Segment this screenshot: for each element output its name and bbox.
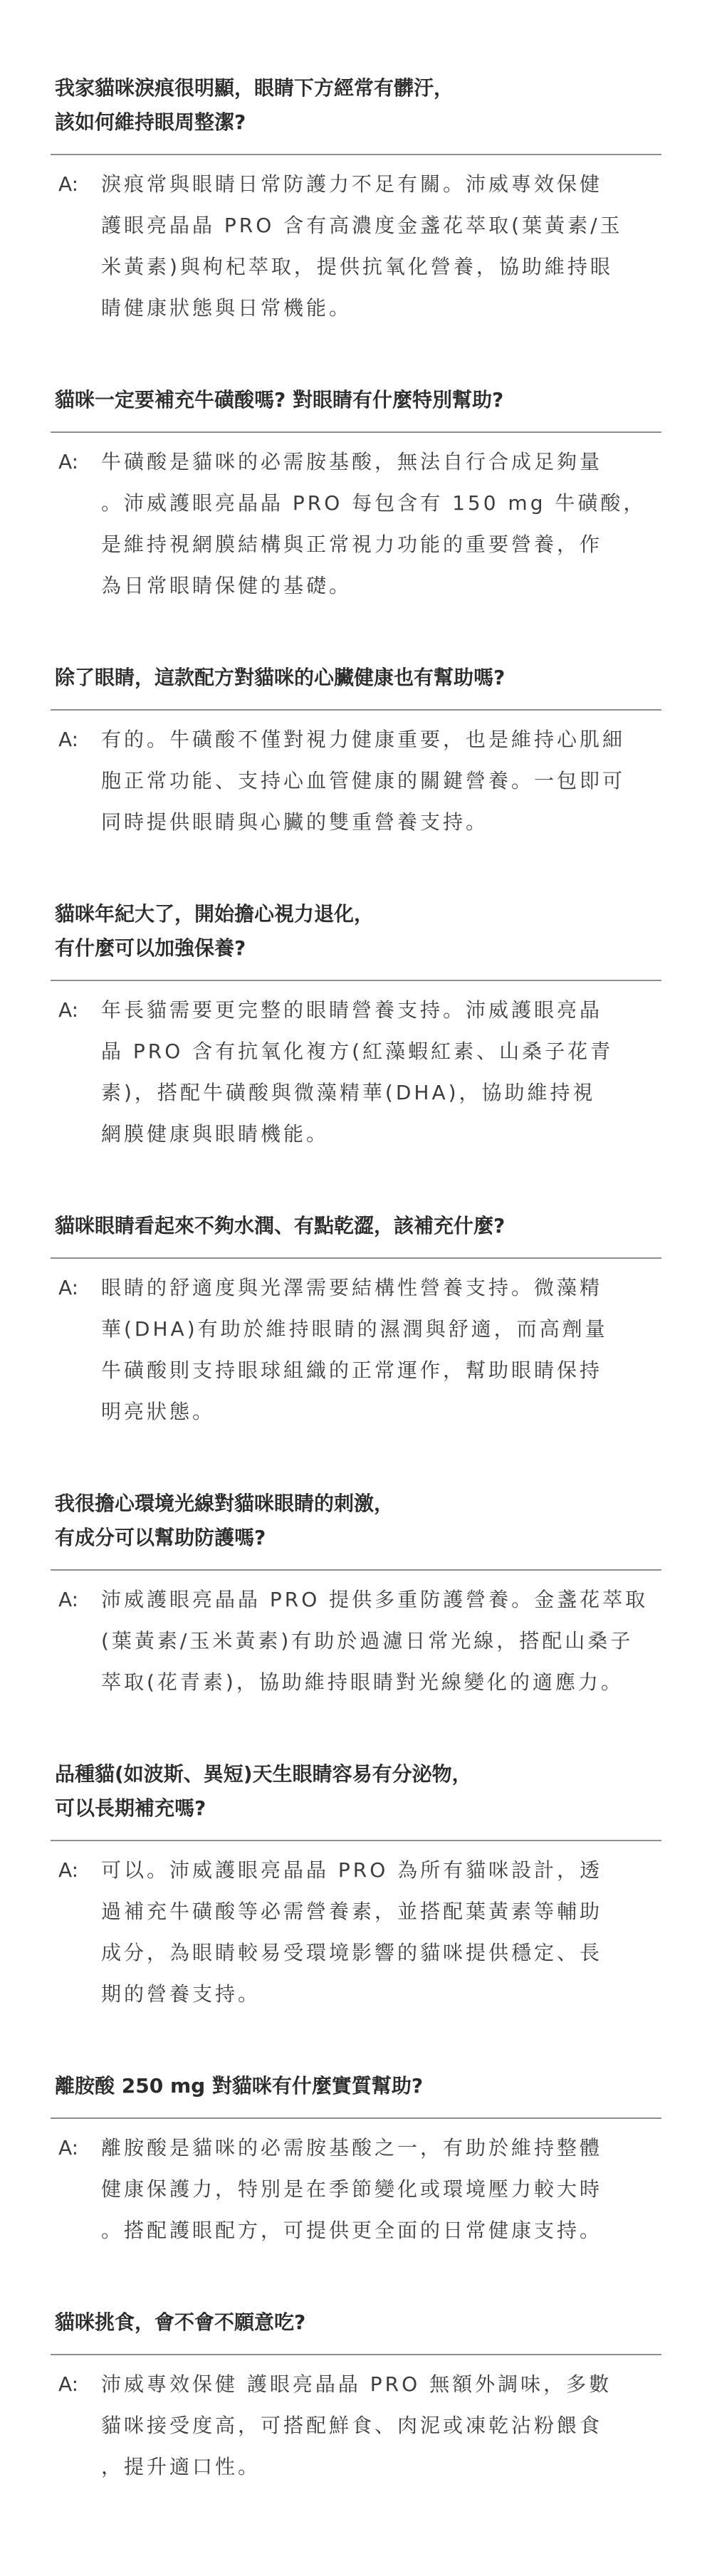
faq-question: 貓咪年紀大了，開始擔心視力退化， 有什麼可以加強保養? [0, 897, 712, 965]
answer-line: 牛磺酸則支持眼球組織的正常運作，幫助眼睛保持 [101, 1350, 712, 1391]
answer-line: 護眼亮晶晶 PRO 含有高濃度金盞花萃取(葉黃素/玉 [101, 205, 712, 246]
faq-item: 除了眼睛，這款配方對貓咪的心臟健康也有幫助嗎? A: 有的。牛磺酸不僅對視力健康… [0, 661, 712, 843]
answer-line: 牛磺酸是貓咪的必需胺基酸，無法自行合成足夠量 [101, 441, 712, 483]
answer-line: 淚痕常與眼睛日常防護力不足有關。沛威專效保健 [101, 164, 712, 205]
faq-item: 貓咪挑食，會不會不願意吃? A: 沛威專效保健 護眼亮晶晶 PRO 無額外調味，… [0, 2305, 712, 2488]
divider [51, 1840, 661, 1841]
answer-prefix: A: [58, 2127, 78, 2169]
faq-answer: A: 淚痕常與眼睛日常防護力不足有關。沛威專效保健 護眼亮晶晶 PRO 含有高濃… [0, 164, 712, 329]
faq-item: 貓咪年紀大了，開始擔心視力退化， 有什麼可以加強保養? A: 年長貓需要更完整的… [0, 897, 712, 1155]
faq-item: 貓咪一定要補充牛磺酸嗎? 對眼睛有什麼特別幫助? A: 牛磺酸是貓咪的必需胺基酸… [0, 383, 712, 607]
question-line: 我家貓咪淚痕很明顯，眼睛下方經常有髒汙， [55, 71, 669, 105]
answer-line: 成分，為眼睛較易受環境影響的貓咪提供穩定、長 [101, 1932, 712, 1974]
faq-answer: A: 有的。牛磺酸不僅對視力健康重要，也是維持心肌細 胞正常功能、支持心血管健康… [0, 719, 712, 843]
answer-line: 萃取(花青素)，協助維持眼睛對光線變化的適應力。 [101, 1662, 712, 1703]
faq-item: 品種貓(如波斯、異短)天生眼睛容易有分泌物， 可以長期補充嗎? A: 可以。沛威… [0, 1757, 712, 2015]
question-line: 可以長期補充嗎? [55, 1791, 669, 1826]
answer-line: 明亮狀態。 [101, 1391, 712, 1433]
faq-question: 貓咪挑食，會不會不願意吃? [0, 2305, 712, 2340]
answer-line: 沛威護眼亮晶晶 PRO 提供多重防護營養。金盞花萃取 [101, 1579, 712, 1621]
answer-line: 米黃素)與枸杞萃取，提供抗氧化營養，協助維持眼 [101, 246, 712, 288]
answer-prefix: A: [58, 2364, 78, 2405]
answer-line: 胞正常功能、支持心血管健康的關鍵營養。一包即可 [101, 760, 712, 802]
question-line: 離胺酸 250 mg 對貓咪有什麼實質幫助? [55, 2069, 669, 2103]
answer-line: 眼睛的舒適度與光澤需要結構性營養支持。微藻精 [101, 1267, 712, 1309]
answer-line: 離胺酸是貓咪的必需胺基酸之一，有助於維持整體 [101, 2127, 712, 2169]
answer-line: 素)，搭配牛磺酸與微藻精華(DHA)，協助維持視 [101, 1072, 712, 1114]
answer-prefix: A: [58, 441, 78, 483]
answer-line: 為日常眼睛保健的基礎。 [101, 565, 712, 607]
answer-line: 有的。牛磺酸不僅對視力健康重要，也是維持心肌細 [101, 719, 712, 760]
answer-line: 。沛威護眼亮晶晶 PRO 每包含有 150 mg 牛磺酸， [101, 483, 712, 524]
question-line: 貓咪一定要補充牛磺酸嗎? 對眼睛有什麼特別幫助? [55, 383, 669, 417]
answer-line: 可以。沛威護眼亮晶晶 PRO 為所有貓咪設計，透 [101, 1850, 712, 1891]
faq-question: 貓咪一定要補充牛磺酸嗎? 對眼睛有什麼特別幫助? [0, 383, 712, 417]
faq-question: 我很擔心環境光線對貓咪眼睛的刺激， 有成分可以幫助防護嗎? [0, 1487, 712, 1555]
faq-answer: A: 離胺酸是貓咪的必需胺基酸之一，有助於維持整體 健康保護力，特別是在季節變化… [0, 2127, 712, 2251]
divider [51, 431, 661, 433]
divider [51, 2354, 661, 2355]
faq-item: 我很擔心環境光線對貓咪眼睛的刺激， 有成分可以幫助防護嗎? A: 沛威護眼亮晶晶… [0, 1487, 712, 1703]
divider [51, 2117, 661, 2119]
divider [51, 1257, 661, 1259]
answer-line: 期的營養支持。 [101, 1974, 712, 2015]
answer-line: 網膜健康與眼睛機能。 [101, 1114, 712, 1155]
divider [51, 709, 661, 711]
faq-question: 貓咪眼睛看起來不夠水潤、有點乾澀，該補充什麼? [0, 1209, 712, 1243]
answer-prefix: A: [58, 1579, 78, 1621]
faq-answer: A: 牛磺酸是貓咪的必需胺基酸，無法自行合成足夠量 。沛威護眼亮晶晶 PRO 每… [0, 441, 712, 607]
answer-line: 同時提供眼睛與心臟的雙重營養支持。 [101, 802, 712, 843]
question-line: 貓咪挑食，會不會不願意吃? [55, 2305, 669, 2340]
divider [51, 154, 661, 155]
answer-line: 睛健康狀態與日常機能。 [101, 288, 712, 329]
answer-line: 沛威專效保健 護眼亮晶晶 PRO 無額外調味，多數 [101, 2364, 712, 2405]
divider [51, 980, 661, 981]
faq-question: 我家貓咪淚痕很明顯，眼睛下方經常有髒汙， 該如何維持眼周整潔? [0, 71, 712, 140]
answer-line: (葉黃素/玉米黃素)有助於過濾日常光線，搭配山桑子 [101, 1621, 712, 1662]
faq-item: 離胺酸 250 mg 對貓咪有什麼實質幫助? A: 離胺酸是貓咪的必需胺基酸之一… [0, 2069, 712, 2251]
faq-answer: A: 沛威專效保健 護眼亮晶晶 PRO 無額外調味，多數 貓咪接受度高，可搭配鮮… [0, 2364, 712, 2488]
answer-prefix: A: [58, 1850, 78, 1891]
question-line: 有成分可以幫助防護嗎? [55, 1521, 669, 1555]
answer-line: 。搭配護眼配方，可提供更全面的日常健康支持。 [101, 2210, 712, 2251]
answer-line: 是維持視網膜結構與正常視力功能的重要營養，作 [101, 524, 712, 565]
answer-line: 年長貓需要更完整的眼睛營養支持。沛威護眼亮晶 [101, 990, 712, 1031]
faq-answer: A: 沛威護眼亮晶晶 PRO 提供多重防護營養。金盞花萃取 (葉黃素/玉米黃素)… [0, 1579, 712, 1703]
answer-prefix: A: [58, 719, 78, 760]
question-line: 貓咪年紀大了，開始擔心視力退化， [55, 897, 669, 931]
answer-line: 健康保護力，特別是在季節變化或環境壓力較大時 [101, 2169, 712, 2210]
faq-question: 品種貓(如波斯、異短)天生眼睛容易有分泌物， 可以長期補充嗎? [0, 1757, 712, 1826]
faq-list: 我家貓咪淚痕很明顯，眼睛下方經常有髒汙， 該如何維持眼周整潔? A: 淚痕常與眼… [0, 0, 712, 2488]
answer-line: 華(DHA)有助於維持眼睛的濕潤與舒適，而高劑量 [101, 1309, 712, 1350]
divider [51, 1569, 661, 1571]
answer-line: 過補充牛磺酸等必需營養素，並搭配葉黃素等輔助 [101, 1891, 712, 1932]
faq-answer: A: 年長貓需要更完整的眼睛營養支持。沛威護眼亮晶 晶 PRO 含有抗氧化複方(… [0, 990, 712, 1155]
answer-prefix: A: [58, 990, 78, 1031]
faq-question: 除了眼睛，這款配方對貓咪的心臟健康也有幫助嗎? [0, 661, 712, 695]
faq-answer: A: 可以。沛威護眼亮晶晶 PRO 為所有貓咪設計，透 過補充牛磺酸等必需營養素… [0, 1850, 712, 2015]
faq-question: 離胺酸 250 mg 對貓咪有什麼實質幫助? [0, 2069, 712, 2103]
faq-item: 貓咪眼睛看起來不夠水潤、有點乾澀，該補充什麼? A: 眼睛的舒適度與光澤需要結構… [0, 1209, 712, 1433]
answer-prefix: A: [58, 164, 78, 205]
question-line: 我很擔心環境光線對貓咪眼睛的刺激， [55, 1487, 669, 1521]
question-line: 除了眼睛，這款配方對貓咪的心臟健康也有幫助嗎? [55, 661, 669, 695]
answer-line: 晶 PRO 含有抗氧化複方(紅藻蝦紅素、山桑子花青 [101, 1031, 712, 1072]
question-line: 貓咪眼睛看起來不夠水潤、有點乾澀，該補充什麼? [55, 1209, 669, 1243]
faq-item: 我家貓咪淚痕很明顯，眼睛下方經常有髒汙， 該如何維持眼周整潔? A: 淚痕常與眼… [0, 71, 712, 329]
answer-line: 貓咪接受度高，可搭配鮮食、肉泥或凍乾沾粉餵食 [101, 2405, 712, 2446]
question-line: 有什麼可以加強保養? [55, 931, 669, 965]
answer-line: ，提升適口性。 [101, 2446, 712, 2488]
faq-answer: A: 眼睛的舒適度與光澤需要結構性營養支持。微藻精 華(DHA)有助於維持眼睛的… [0, 1267, 712, 1433]
answer-prefix: A: [58, 1267, 78, 1309]
question-line: 品種貓(如波斯、異短)天生眼睛容易有分泌物， [55, 1757, 669, 1791]
question-line: 該如何維持眼周整潔? [55, 105, 669, 140]
